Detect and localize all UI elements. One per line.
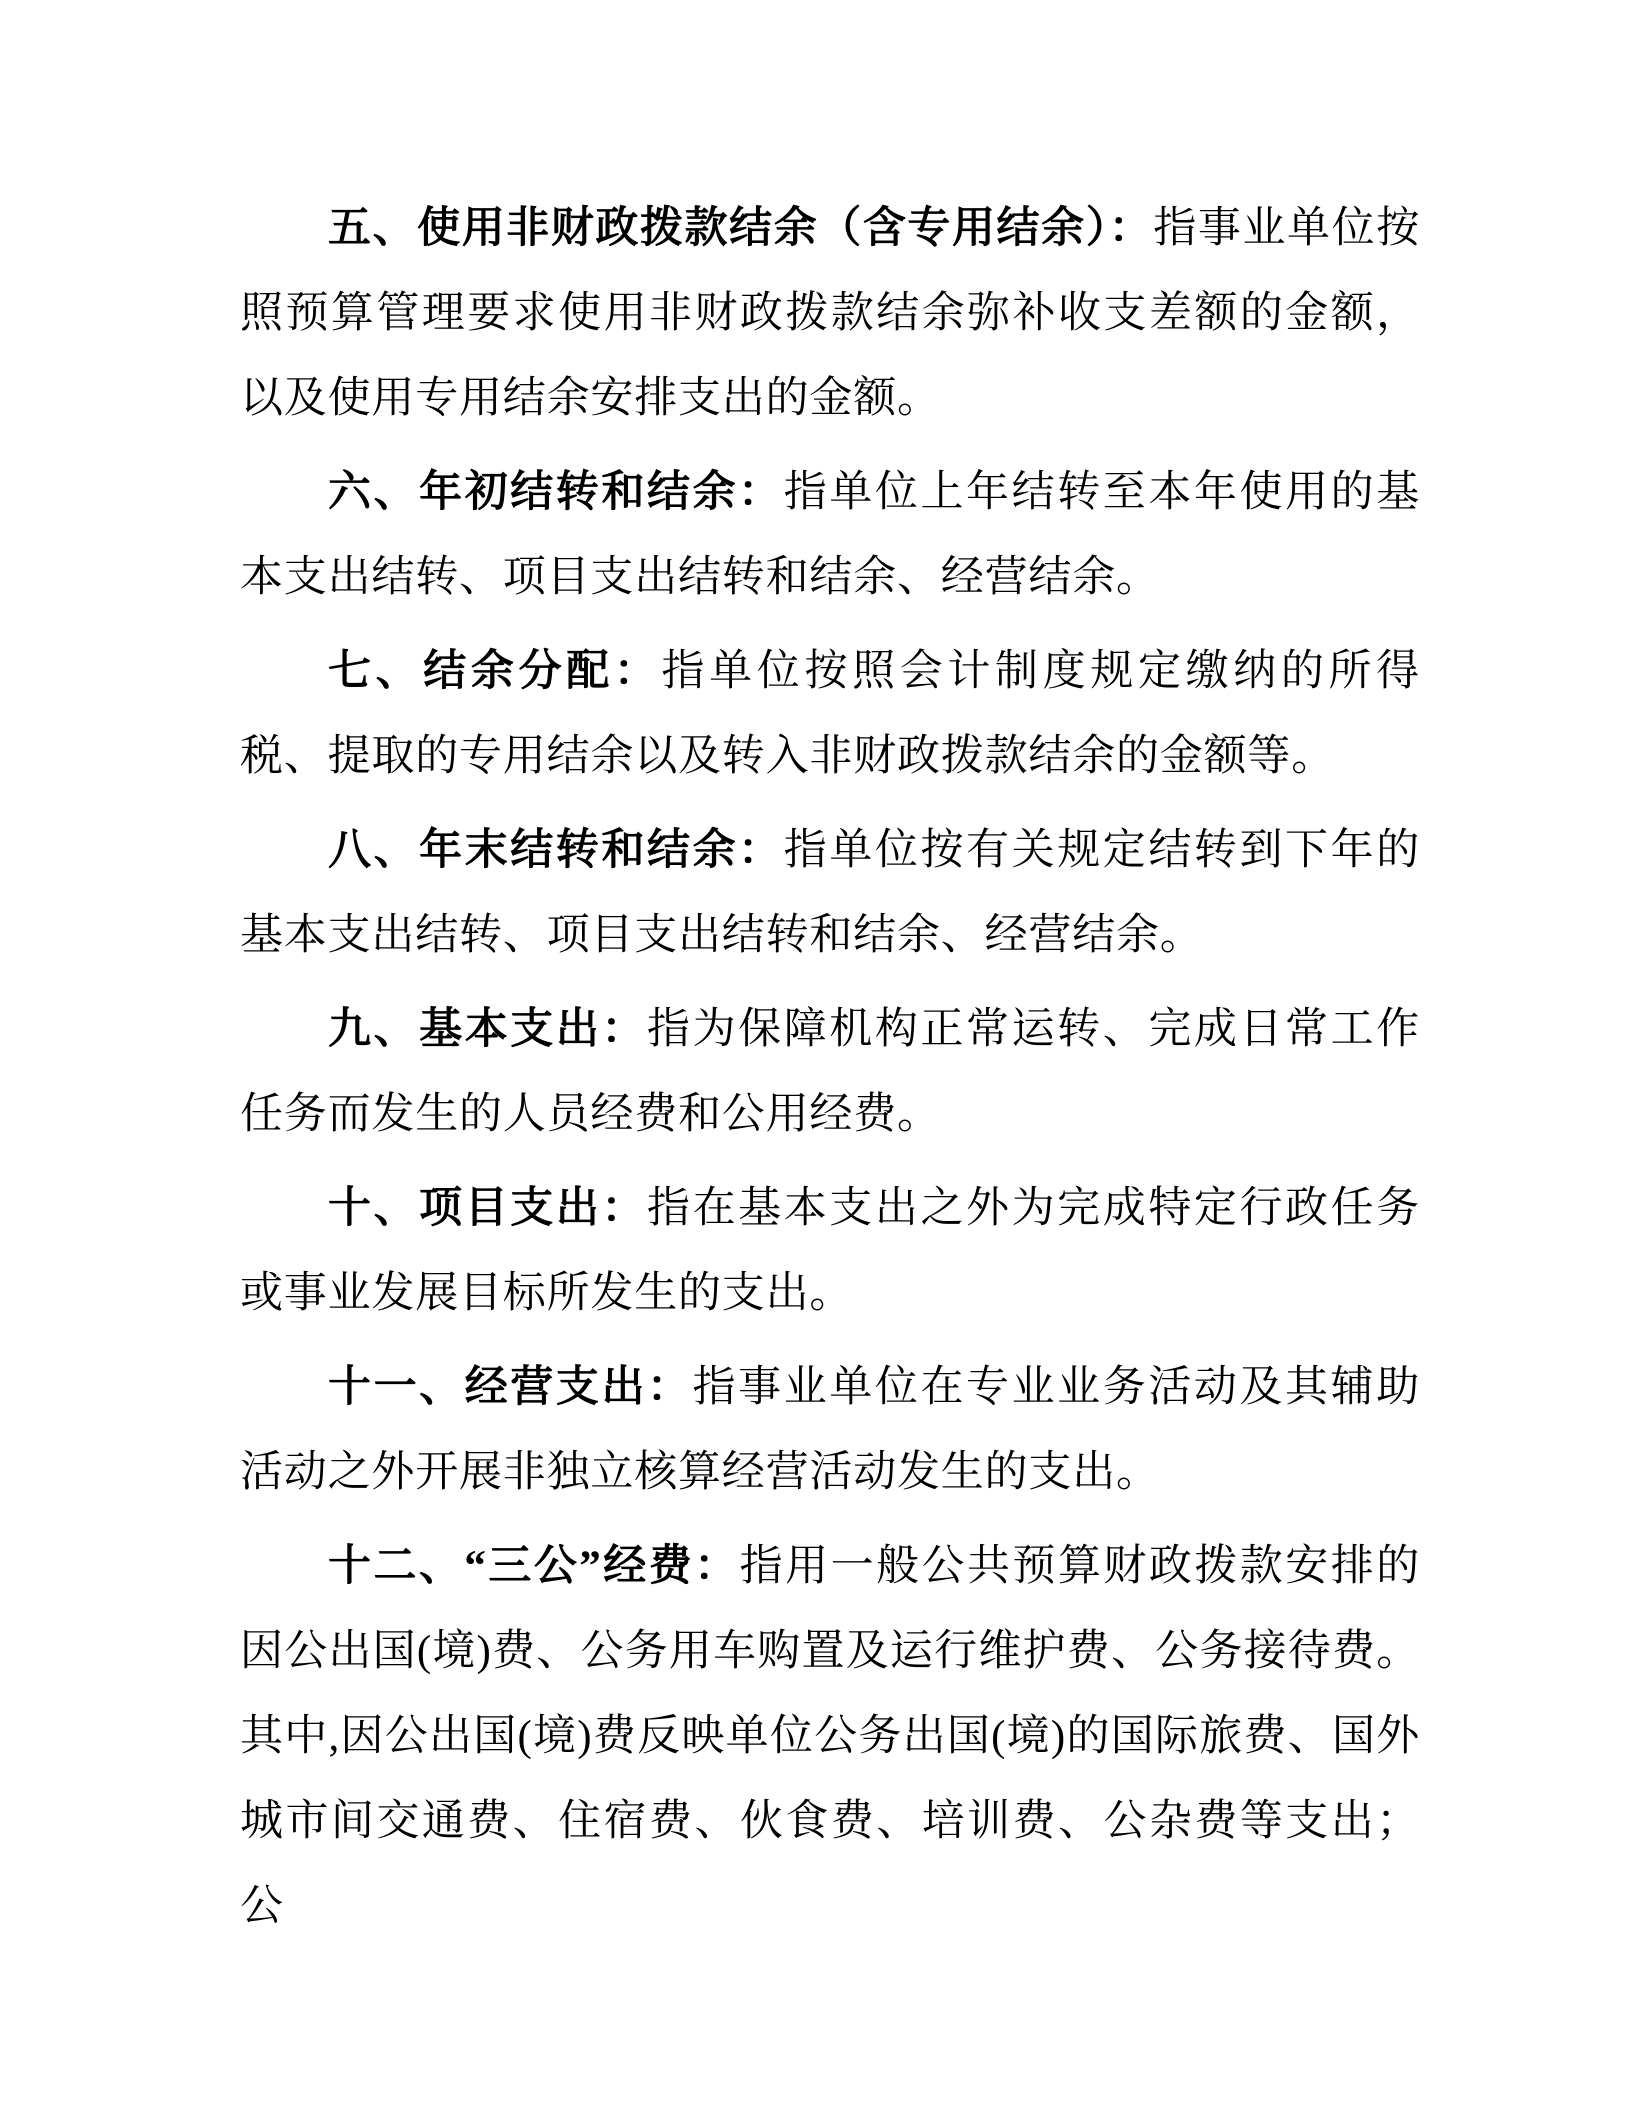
term-label: 七、结余分配： — [328, 648, 662, 695]
document-page: 五、使用非财政拨款结余（含专用结余）：指事业单位按照预算管理要求使用非财政拨款结… — [0, 0, 1632, 2112]
paragraph-item-8: 八、年末结转和结余：指单位按有关规定结转到下年的基本支出结转、项目支出结转和结余… — [240, 808, 1420, 978]
term-label: 九、基本支出： — [328, 1006, 647, 1053]
term-label: 十一、经营支出： — [328, 1364, 693, 1411]
document-body: 五、使用非财政拨款结余（含专用结余）：指事业单位按照预算管理要求使用非财政拨款结… — [240, 186, 1420, 1958]
term-label: 八、年末结转和结余： — [328, 827, 784, 874]
term-label: 十、项目支出： — [328, 1185, 647, 1232]
paragraph-item-11: 十一、经营支出：指事业单位在专业业务活动及其辅助活动之外开展非独立核算经营活动发… — [240, 1345, 1420, 1515]
paragraph-item-9: 九、基本支出：指为保障机构正常运转、完成日常工作任务而发生的人员经费和公用经费。 — [240, 987, 1420, 1157]
paragraph-item-6: 六、年初结转和结余：指单位上年结转至本年使用的基本支出结转、项目支出结转和结余、… — [240, 450, 1420, 620]
term-label: 十二、“三公”经费： — [328, 1543, 740, 1590]
paragraph-item-5: 五、使用非财政拨款结余（含专用结余）：指事业单位按照预算管理要求使用非财政拨款结… — [240, 186, 1420, 441]
definition-text: 指用一般公共预算财政拨款安排的因公出国(境)费、公务用车购置及运行维护费、公务接… — [240, 1543, 1420, 1930]
term-label: 五、使用非财政拨款结余（含专用结余）： — [328, 205, 1153, 252]
paragraph-item-7: 七、结余分配：指单位按照会计制度规定缴纳的所得税、提取的专用结余以及转入非财政拨… — [240, 629, 1420, 799]
paragraph-item-12: 十二、“三公”经费：指用一般公共预算财政拨款安排的因公出国(境)费、公务用车购置… — [240, 1524, 1420, 1949]
term-label: 六、年初结转和结余： — [328, 469, 784, 516]
paragraph-item-10: 十、项目支出：指在基本支出之外为完成特定行政任务或事业发展目标所发生的支出。 — [240, 1166, 1420, 1336]
